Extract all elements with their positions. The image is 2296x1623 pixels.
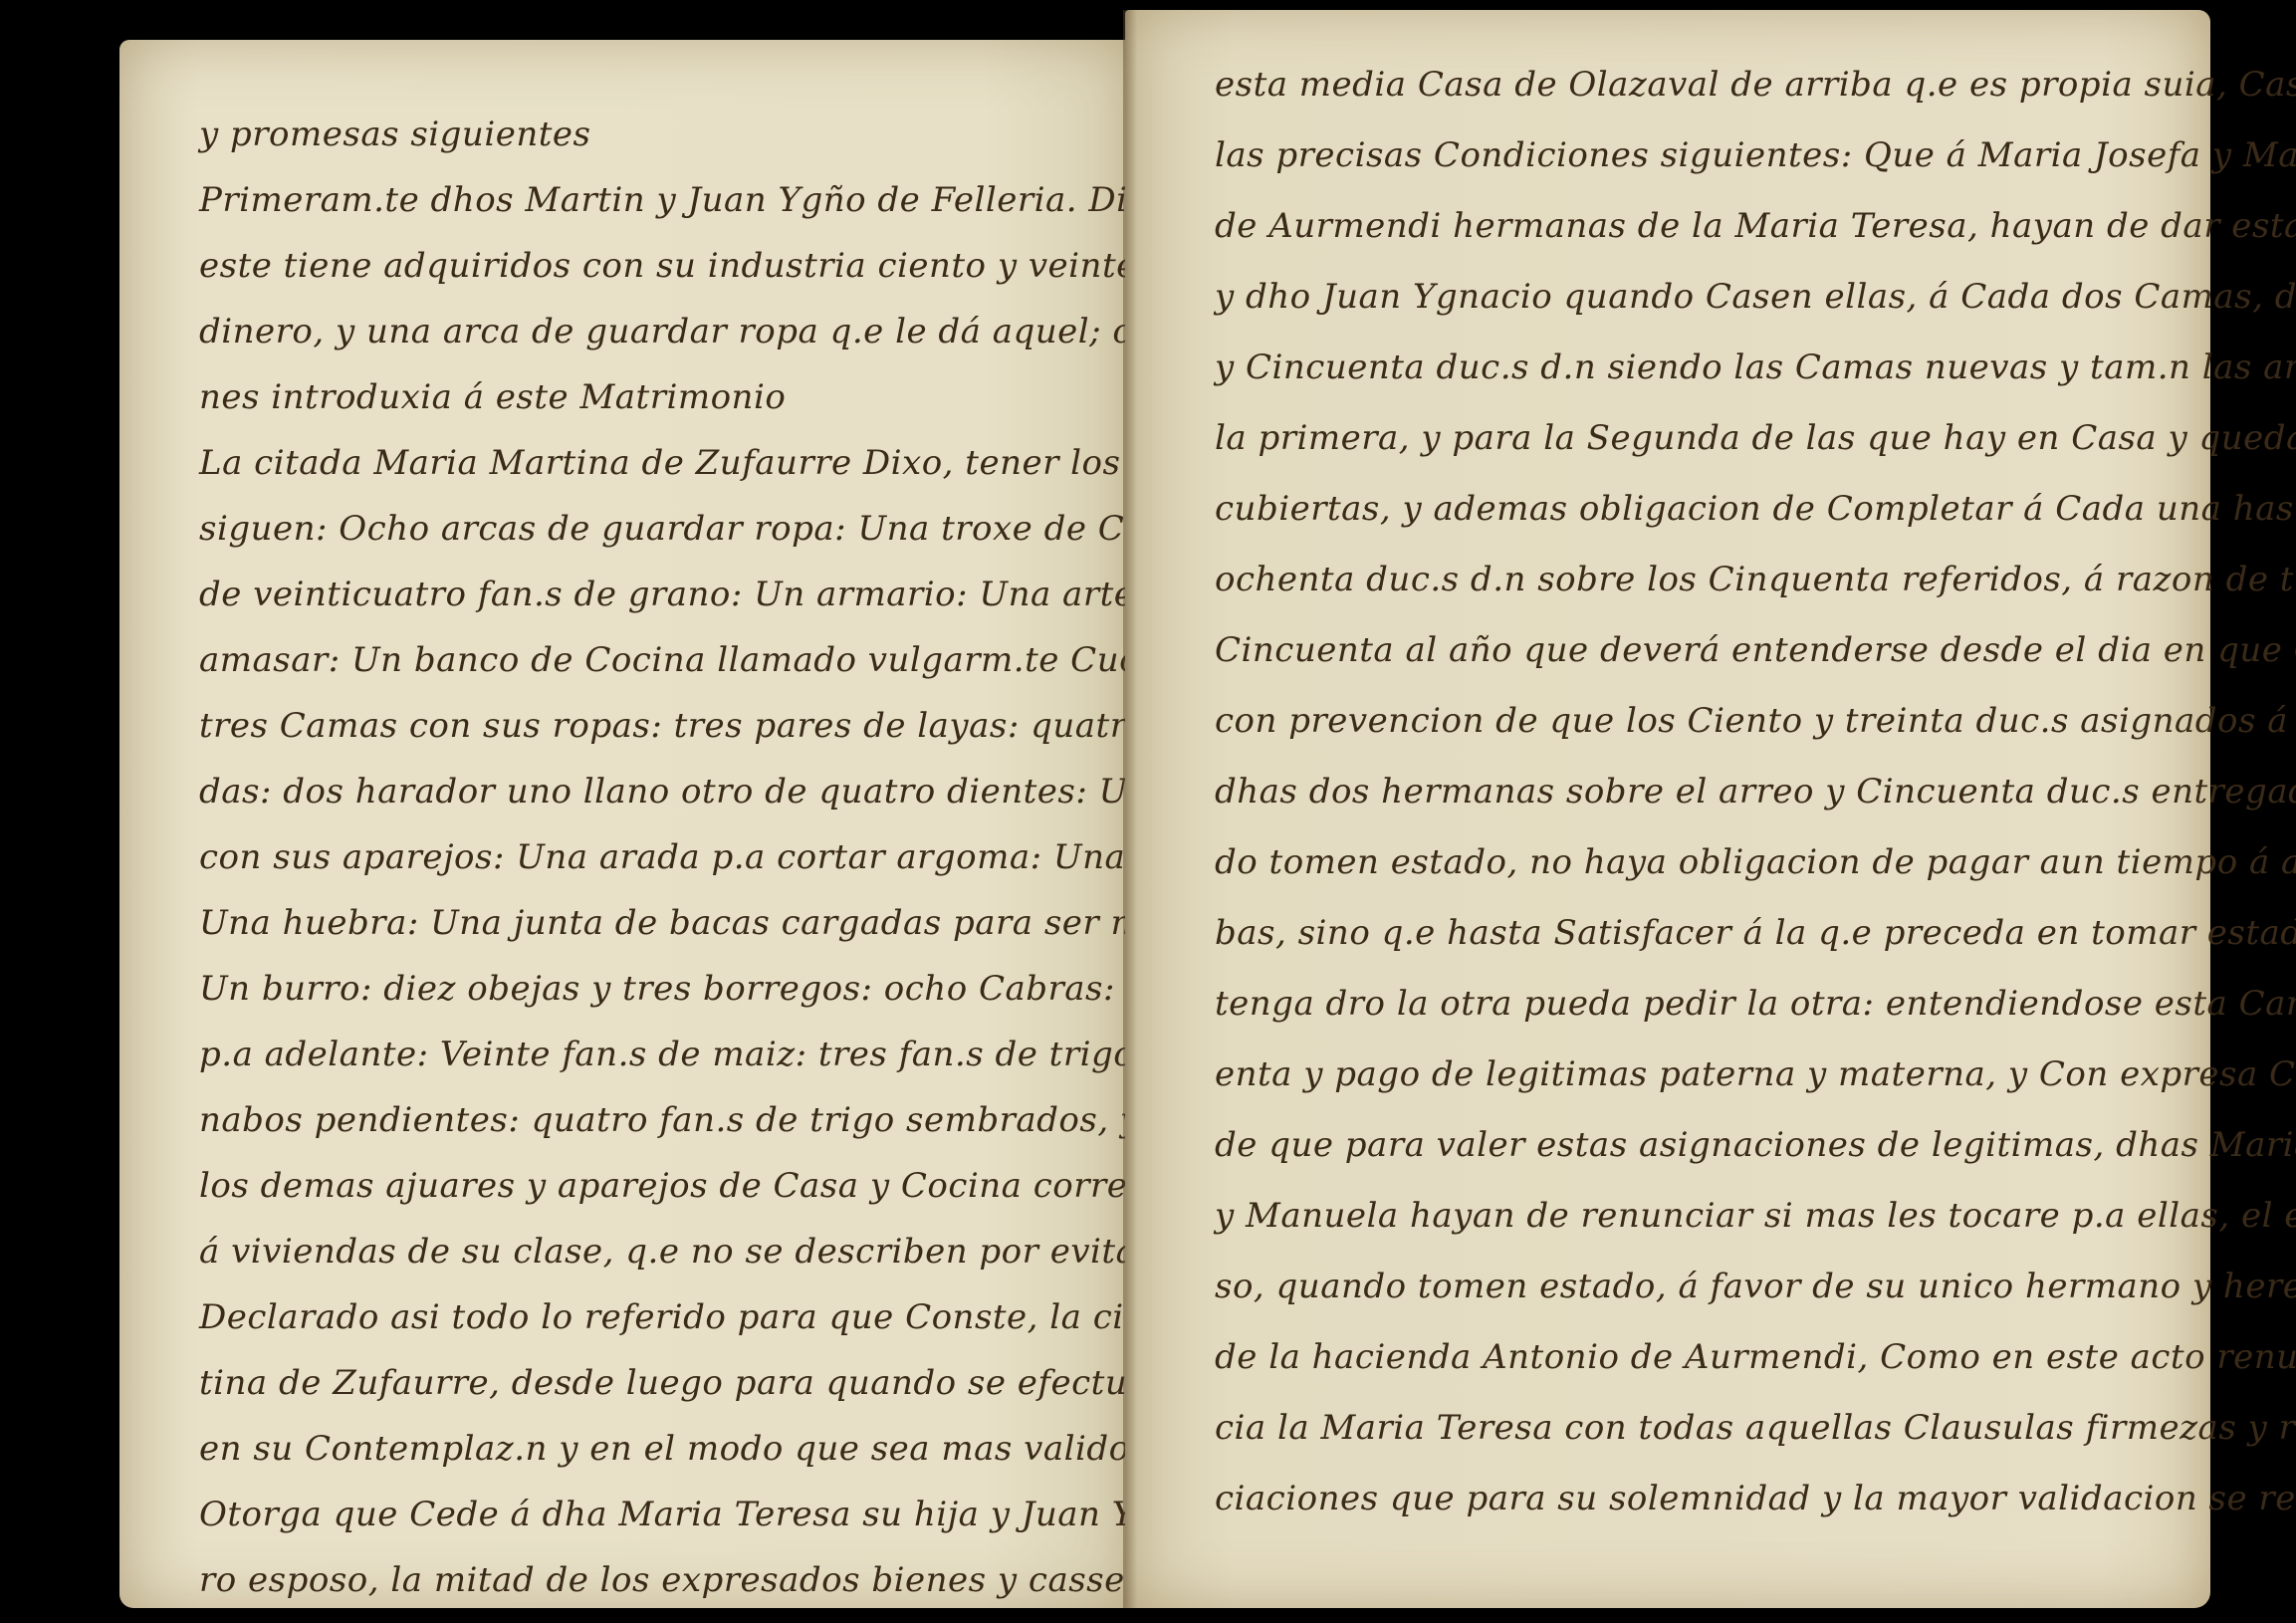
manuscript-line: cubiertas, y ademas obligacion de Comple…: [1215, 489, 2296, 529]
book-gutter: [1123, 10, 1137, 1608]
manuscript-line: la primera, y para la Segunda de las que…: [1215, 418, 2296, 458]
manuscript-line: amasar: Un banco de Cocina llamado vulga…: [199, 640, 1184, 680]
manuscript-line: de Aurmendi hermanas de la Maria Teresa,…: [1215, 206, 2296, 246]
manuscript-line: enta y pago de legitimas paterna y mater…: [1215, 1054, 2296, 1094]
manuscript-line: Un burro: diez obejas y tres borregos: o…: [199, 969, 1282, 1009]
manuscript-line: de que para valer estas asignaciones de …: [1215, 1125, 2296, 1165]
manuscript-line: das: dos harador uno llano otro de quatr…: [199, 772, 1263, 811]
manuscript-line: cia la Maria Teresa con todas aquellas C…: [1215, 1408, 2296, 1448]
left-page: y promesas siguientesPrimeram.te dhos Ma…: [119, 40, 1135, 1608]
manuscript-line: con sus aparejos: Una arada p.a cortar a…: [199, 837, 1270, 877]
right-page: esta media Casa de Olazaval de arriba q.…: [1125, 10, 2210, 1608]
manuscript-line: so, quando tomen estado, á favor de su u…: [1215, 1267, 2296, 1306]
manuscript-line: y dho Juan Ygnacio quando Casen ellas, á…: [1215, 277, 2296, 317]
manuscript-line: esta media Casa de Olazaval de arriba q.…: [1215, 65, 2296, 105]
manuscript-line: con prevencion de que los Ciento y trein…: [1215, 701, 2296, 741]
manuscript-line: dhas dos hermanas sobre el arreo y Cincu…: [1215, 772, 2296, 811]
manuscript-line: nabos pendientes: quatro fan.s de trigo …: [199, 1100, 1247, 1140]
right-page-text: esta media Casa de Olazaval de arriba q.…: [1125, 10, 2210, 1608]
manuscript-line: do tomen estado, no haya obligacion de p…: [1215, 842, 2296, 882]
manuscript-line: y Manuela hayan de renunciar si mas les …: [1215, 1196, 2296, 1236]
manuscript-line: p.a adelante: Veinte fan.s de maiz: tres…: [199, 1035, 1208, 1074]
manuscript-line: las precisas Condiciones siguientes: Que…: [1215, 135, 2296, 175]
manuscript-line: nes introduxia á este Matrimonio: [199, 377, 786, 417]
manuscript-line: Cincuenta al año que deverá entenderse d…: [1215, 630, 2296, 670]
manuscript-line: dinero, y una arca de guardar ropa q.e l…: [199, 312, 1281, 351]
manuscript-line: y promesas siguientes: [199, 115, 590, 154]
manuscript-line: siguen: Ocho arcas de guardar ropa: Una …: [199, 509, 1199, 549]
manuscript-line: ciaciones que para su solemnidad y la ma…: [1215, 1479, 2296, 1518]
manuscript-line: ochenta duc.s d.n sobre los Cinquenta re…: [1215, 560, 2296, 599]
left-page-text: y promesas siguientesPrimeram.te dhos Ma…: [119, 40, 1135, 1608]
manuscript-line: bas, sino q.e hasta Satisfacer á la q.e …: [1215, 913, 2296, 953]
manuscript-line: de la hacienda Antonio de Aurmendi, Como…: [1215, 1337, 2296, 1377]
manuscript-line: Una huebra: Una junta de bacas cargadas …: [199, 903, 1253, 943]
manuscript-line: tenga dro la otra pueda pedir la otra: e…: [1215, 984, 2296, 1024]
manuscript-line: tres Camas con sus ropas: tres pares de …: [199, 706, 1229, 746]
manuscript-line: de veinticuatro fan.s de grano: Un armar…: [199, 575, 1239, 614]
manuscript-line: y Cincuenta duc.s d.n siendo las Camas n…: [1215, 348, 2296, 387]
